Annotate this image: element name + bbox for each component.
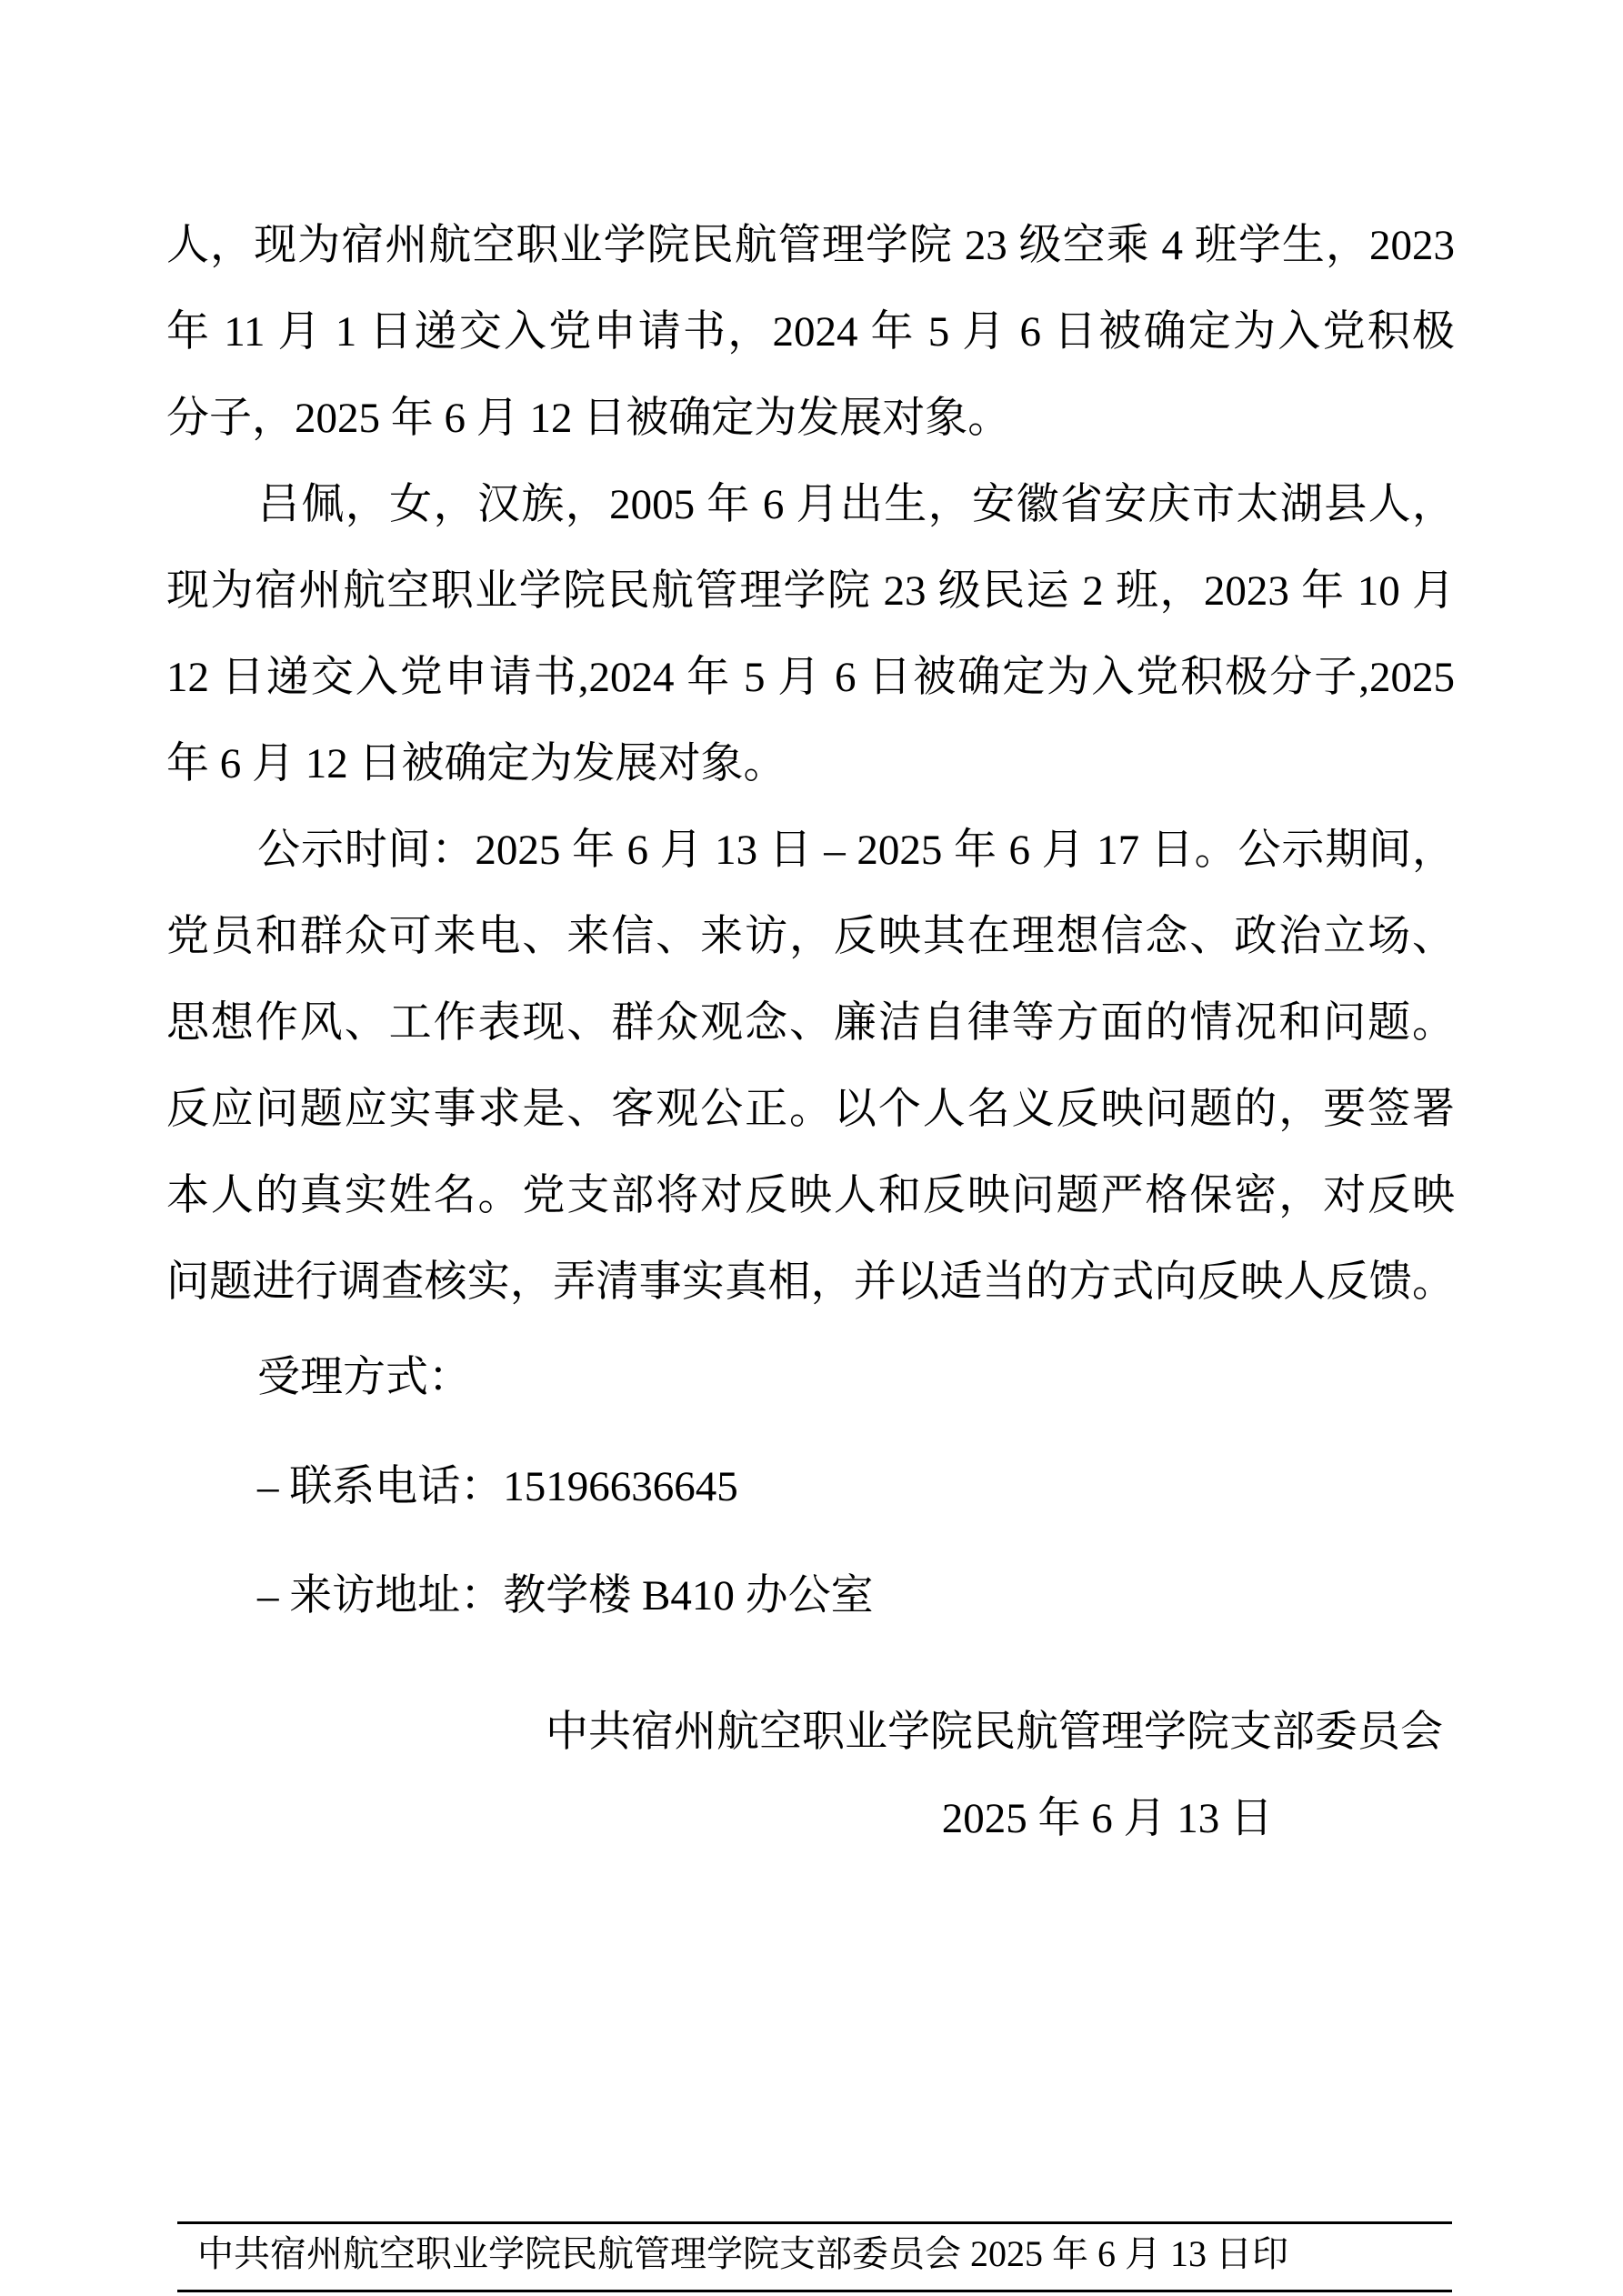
body-line: 本人的真实姓名。党支部将对反映人和反映问题严格保密，对反映: [166, 1153, 1455, 1239]
body-line: 年 11 月 1 日递交入党申请书，2024 年 5 月 6 日被确定为入党积极: [166, 289, 1455, 376]
document-body: 人，现为宿州航空职业学院民航管理学院 23 级空乘 4 班学生，2023年 11…: [166, 203, 1455, 1862]
body-paragraphs: 人，现为宿州航空职业学院民航管理学院 23 级空乘 4 班学生，2023年 11…: [166, 203, 1455, 1639]
body-line: 反应问题应实事求是、客观公正。以个人名义反映问题的，要签署: [166, 1067, 1455, 1153]
body-line: – 联系电话：15196636645: [166, 1444, 1455, 1530]
signature-committee: 中共宿州航空职业学院民航管理学院支部委员会: [166, 1689, 1455, 1776]
body-line: 党员和群众可来电、来信、来访，反映其在理想信念、政治立场、: [166, 894, 1455, 980]
body-line: 12 日递交入党申请书,2024 年 5 月 6 日被确定为入党积极分子,202…: [166, 635, 1455, 721]
body-line: 分子，2025 年 6 月 12 日被确定为发展对象。: [166, 376, 1455, 462]
footer-note: 中共宿州航空职业学院民航管理学院支部委员会 2025 年 6 月 13 日印: [197, 2231, 1452, 2277]
body-line: 年 6 月 12 日被确定为发展对象。: [166, 721, 1455, 807]
body-line: 人，现为宿州航空职业学院民航管理学院 23 级空乘 4 班学生，2023: [166, 203, 1455, 289]
body-line: 思想作风、工作表现、群众观念、廉洁自律等方面的情况和问题。: [166, 980, 1455, 1067]
body-line: 现为宿州航空职业学院民航管理学院 23 级民运 2 班，2023 年 10 月: [166, 548, 1455, 635]
body-line: – 来访地址：教学楼 B410 办公室: [166, 1553, 1455, 1639]
signature-block: 中共宿州航空职业学院民航管理学院支部委员会 2025 年 6 月 13 日: [166, 1689, 1455, 1862]
page-footer: 中共宿州航空职业学院民航管理学院支部委员会 2025 年 6 月 13 日印: [177, 2221, 1452, 2292]
signature-date: 2025 年 6 月 13 日: [166, 1776, 1455, 1862]
body-line: 受理方式：: [166, 1335, 1455, 1421]
body-line: 问题进行调查核实，弄清事实真相，并以适当的方式向反映人反馈。: [166, 1239, 1455, 1326]
body-line: 吕佩，女，汉族，2005 年 6 月出生，安徽省安庆市太湖县人，: [166, 462, 1455, 548]
body-line: 公示时间：2025 年 6 月 13 日 – 2025 年 6 月 17 日。公…: [166, 807, 1455, 894]
